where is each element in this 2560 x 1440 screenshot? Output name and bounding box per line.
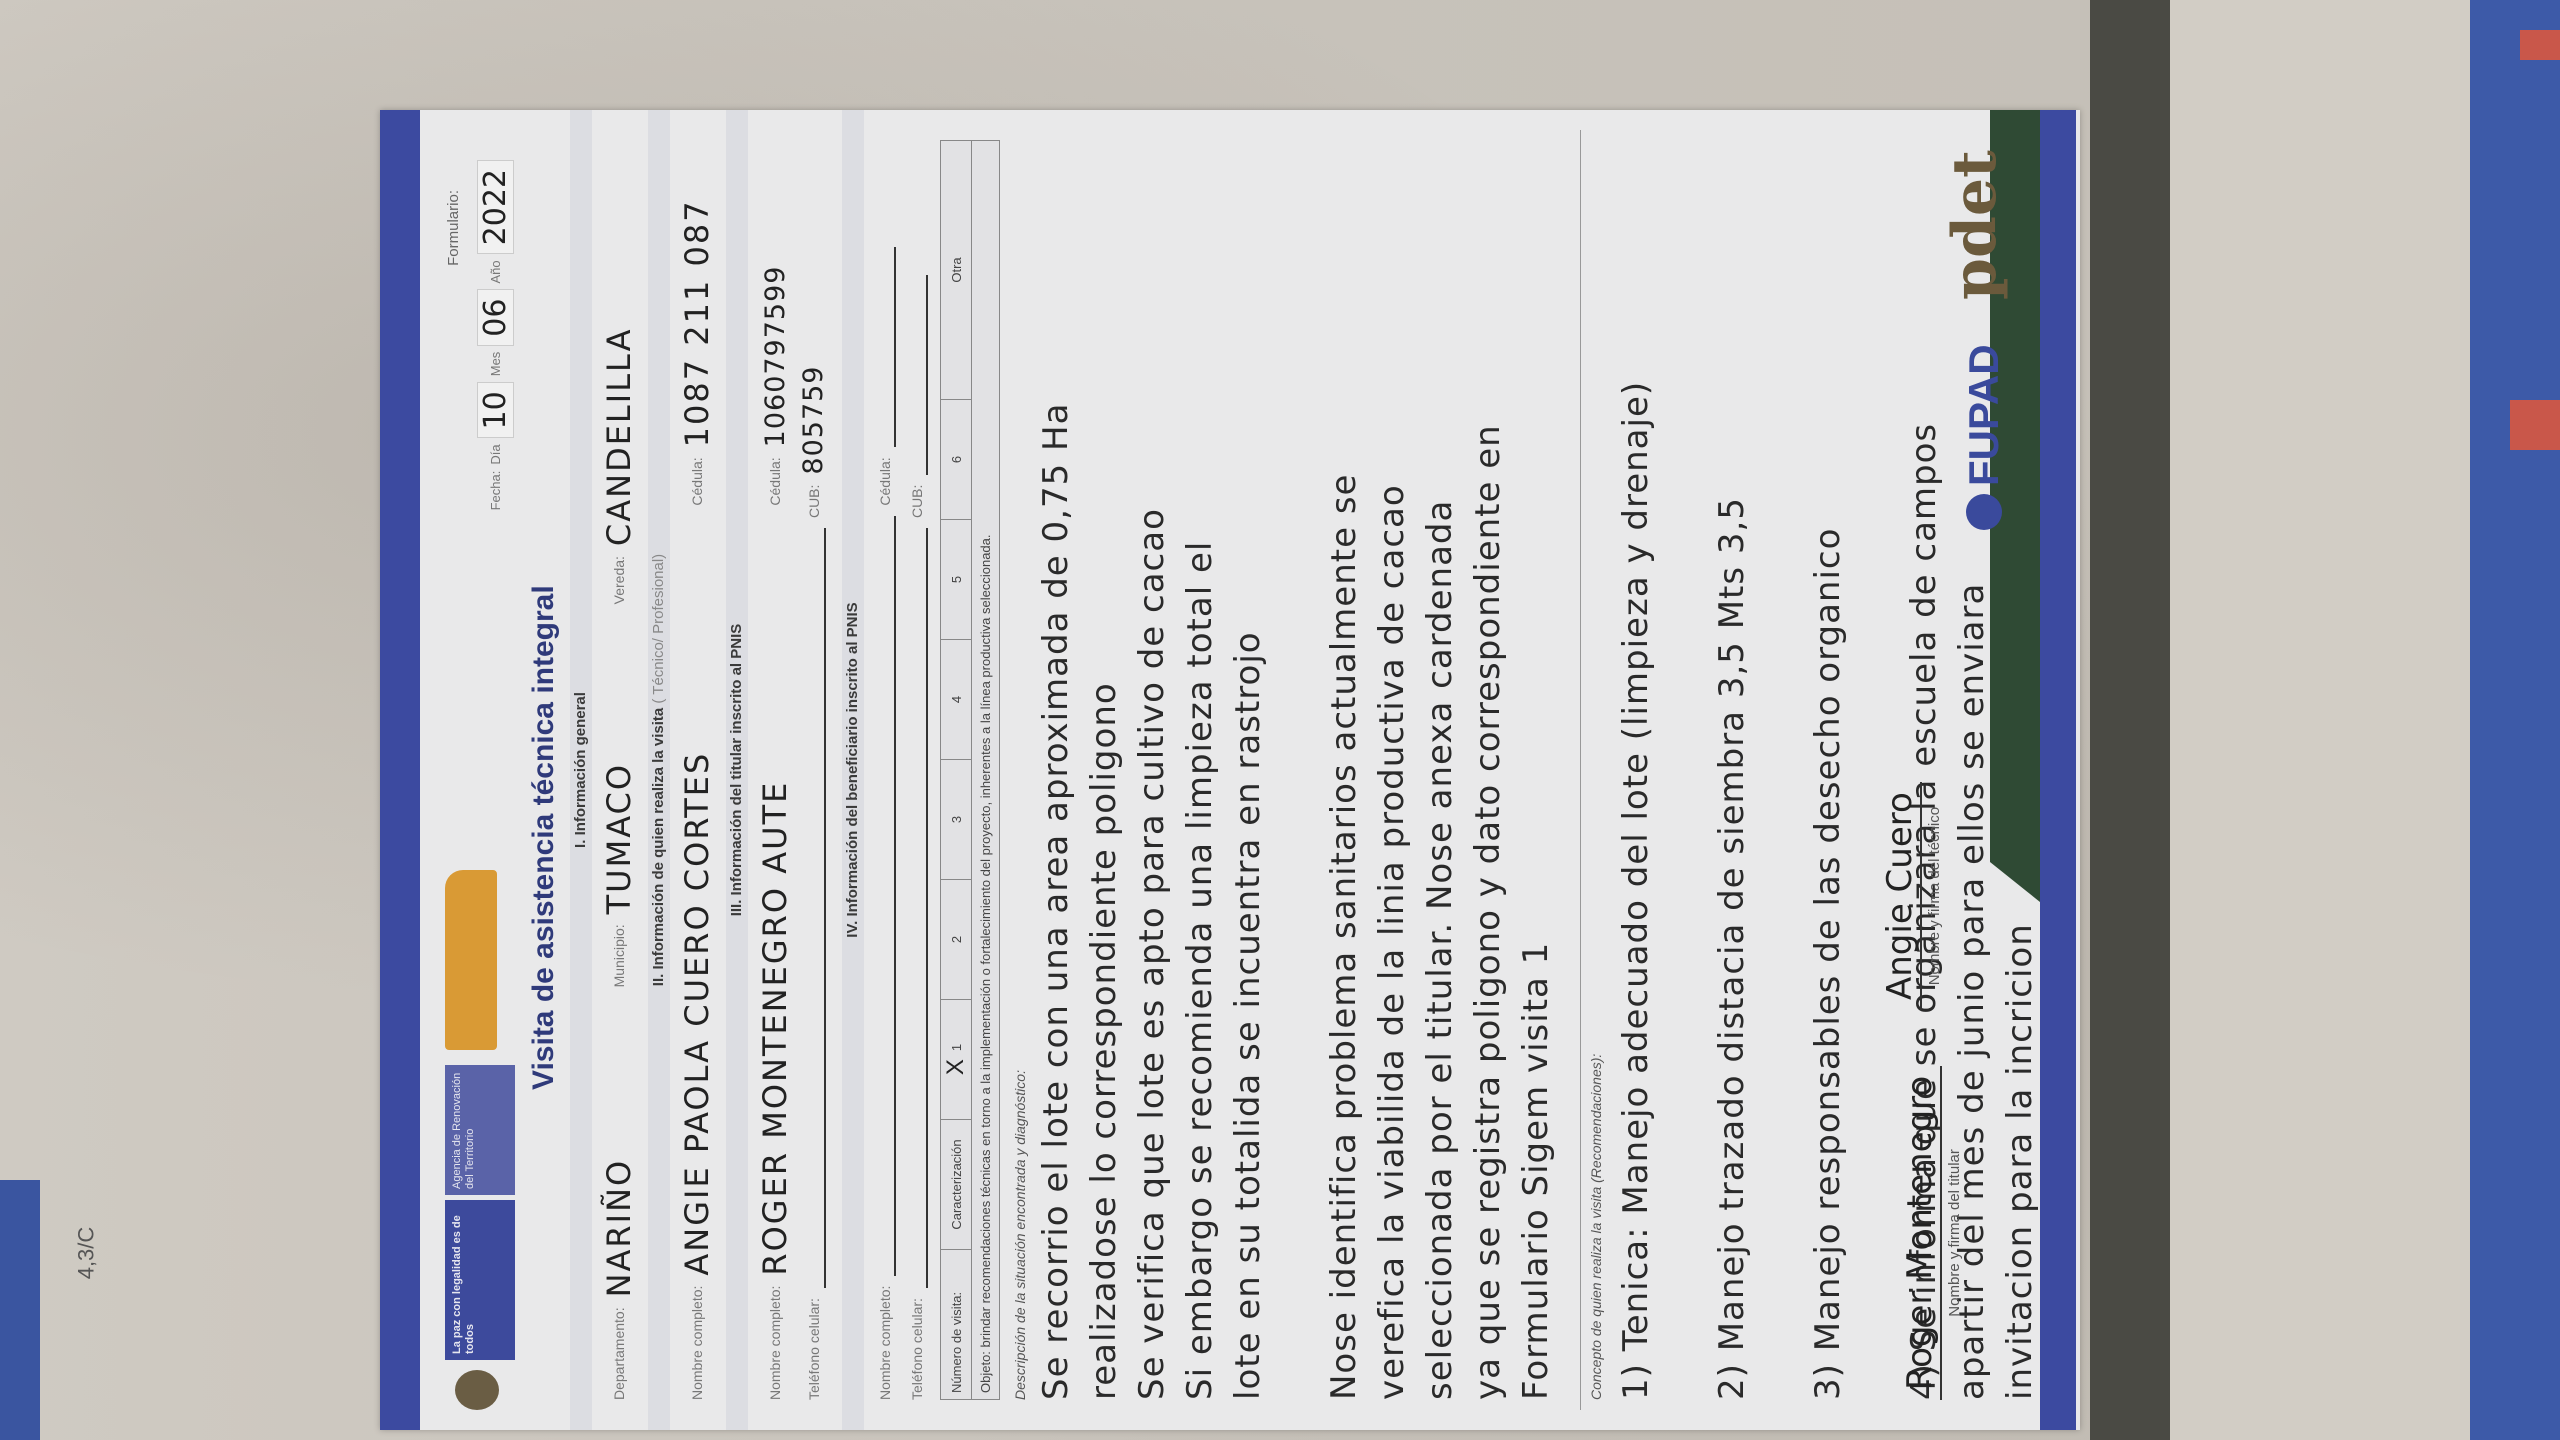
visit-option-3[interactable]: 3 (941, 759, 971, 879)
municipio-label: Municipio: (611, 924, 627, 987)
mes-value[interactable]: 06 (477, 290, 514, 346)
beneficiario-telefono-value[interactable] (906, 528, 928, 1288)
beneficiario-cub-label: CUB: (909, 485, 925, 518)
municipio-value[interactable]: TUMACO (600, 614, 638, 914)
mes-label: Mes (488, 352, 503, 377)
visit-option-6[interactable]: 6 (941, 399, 971, 519)
description-line: Nose identifica problema sanitarios actu… (1320, 140, 1368, 1400)
visit-option-otra[interactable]: Otra (941, 141, 971, 399)
tecnico-cedula-label: Cédula: (689, 457, 705, 505)
description-line: ya que se registra poligono y dato corre… (1464, 140, 1512, 1400)
titular-nombre-label: Nombre completo: (767, 1286, 783, 1400)
description-line: lote en su totalida se incuentra en rast… (1224, 140, 1272, 1400)
globe-icon (1966, 494, 2002, 530)
government-logo: La paz con legalidad es de todos (445, 1200, 515, 1360)
cloth-fold (2120, 0, 2500, 1440)
tecnico-row: Nombre completo: ANGIE PAOLA CUERO CORTE… (678, 140, 716, 1400)
description-line: Se recorrio el lote con una area aproxim… (1032, 140, 1080, 1400)
general-row: Departamento: NARIÑO Municipio: TUMACO V… (600, 140, 638, 1400)
recommendation-line (1756, 140, 1804, 1400)
tecnico-title-suffix: ( Técnico/ Profesional) (650, 554, 667, 704)
visit-option-label: 1 (949, 1044, 964, 1051)
form-header: La paz con legalidad es de todos Agencia… (435, 130, 565, 1410)
visit-objective: Objeto: brindar recomendaciones técnicas… (972, 141, 999, 1399)
footer-area: Roger Montenegro Nombre y firma del titu… (1840, 110, 2080, 1430)
tecnico-title-text: II. Información de quien realiza la visi… (650, 708, 667, 986)
orange-brand-tab (445, 870, 497, 1050)
description-line: seleccionada por el titular. Nose anexa … (1416, 140, 1464, 1400)
fecha-label: Fecha: (488, 471, 503, 511)
titular-signature-block: Roger Montenegro Nombre y firma del titu… (1900, 1066, 1963, 1400)
divider (1580, 130, 1581, 1410)
tecnico-cedula-value[interactable]: 1087 211 087 (678, 199, 716, 447)
tecnico-signature-caption: Nombre y firma del técnico (1926, 782, 1943, 1010)
visit-option-5[interactable]: 5 (941, 519, 971, 639)
anio-label: Año (488, 260, 503, 283)
titular-cedula-label: Cédula: (767, 457, 783, 505)
beneficiario-row: Nombre completo: Cédula: (874, 140, 896, 1400)
form-sheet: La paz con legalidad es de todos Agencia… (380, 110, 2080, 1430)
visit-option-mark: X (942, 1059, 970, 1075)
pdet-logo: pdet (1940, 150, 2010, 300)
margin-note: 4,3/C (73, 1227, 99, 1280)
tecnico-signature[interactable]: Angie Cuero (1880, 782, 1922, 1010)
beneficiario-row-2: Teléfono celular: CUB: (906, 140, 928, 1400)
description-line: realizadose lo correspondiente poligono (1080, 140, 1128, 1400)
agency-logo: Agencia de Renovación del Territorio (445, 1065, 515, 1195)
blue-fabric-right (2470, 0, 2560, 1440)
formulario-label: Formulario: (445, 190, 462, 266)
recommendation-line (1660, 140, 1708, 1400)
visit-table: Número de visita: Caracterización X1 2 3… (940, 140, 1000, 1400)
red-fabric-accent (2520, 30, 2560, 60)
anio-value[interactable]: 2022 (477, 160, 514, 254)
titular-row: Nombre completo: ROGER MONTENEGRO AUTE C… (756, 140, 794, 1400)
red-fabric-accent (2510, 400, 2560, 450)
description-line: Formulario Sigem visita 1 (1512, 140, 1560, 1400)
beneficiario-telefono-label: Teléfono celular: (909, 1298, 925, 1400)
beneficiario-cedula-label: Cédula: (877, 457, 893, 505)
titular-telefono-value[interactable] (802, 528, 826, 1288)
recommendation-line: 2) Manejo trazado distacia de siembra 3,… (1708, 140, 1756, 1400)
section-tecnico-title: II. Información de quien realiza la visi… (650, 110, 667, 1430)
coat-of-arms-icon (455, 1370, 499, 1410)
top-blue-bar (380, 110, 420, 1430)
dia-label: Día (488, 444, 503, 464)
caracterizacion-label: Caracterización (941, 1119, 971, 1249)
titular-row-2: Teléfono celular: CUB: 805759 (798, 140, 829, 1400)
titular-signature-caption: Nombre y firma del titular (1946, 1066, 1963, 1400)
beneficiario-nombre-value[interactable] (874, 516, 896, 1276)
titular-nombre-value[interactable]: ROGER MONTENEGRO AUTE (756, 516, 794, 1276)
beneficiario-cedula-value[interactable] (874, 247, 896, 447)
recommendation-line: 1) Tenica: Manejo adecuado del lote (lim… (1612, 140, 1660, 1400)
description-line (1272, 140, 1320, 1400)
titular-cub-value[interactable]: 805759 (798, 366, 829, 475)
bottom-blue-bar (2040, 110, 2076, 1430)
departamento-label: Departamento: (611, 1307, 627, 1400)
vereda-label: Vereda: (611, 556, 627, 604)
date-field: Fecha: Día 10 Mes 06 Año 2022 (477, 160, 514, 510)
departamento-value[interactable]: NARIÑO (600, 997, 638, 1297)
section-beneficiario-title: IV. Información del beneficiario inscrit… (844, 110, 861, 1430)
tecnico-nombre-value[interactable]: ANGIE PAOLA CUERO CORTES (678, 516, 716, 1276)
visit-option-1[interactable]: X1 (941, 999, 971, 1119)
visit-option-4[interactable]: 4 (941, 639, 971, 759)
fupad-logo-text: FUPAD (1960, 344, 2008, 486)
description-line: Si embargo se recomienda una limpieza to… (1176, 140, 1224, 1400)
section-titular-title: III. Información del titular inscrito al… (728, 110, 745, 1430)
blue-fabric-edge (0, 1180, 40, 1440)
page-title: Visita de asistencia técnica integral (527, 585, 561, 1090)
visit-number-row: Número de visita: Caracterización X1 2 3… (941, 141, 972, 1399)
titular-telefono-label: Teléfono celular: (806, 1298, 822, 1400)
titular-cedula-value[interactable]: 1060797599 (760, 266, 791, 448)
description-line: verefica la viabilida de la linia produc… (1368, 140, 1416, 1400)
numero-visita-label: Número de visita: (941, 1249, 971, 1399)
section-general-title: I. Información general (572, 110, 589, 1430)
description-line: Se verifica que lote es apto para cultiv… (1128, 140, 1176, 1400)
description-label: Descripción de la situación encontrada y… (1012, 1070, 1028, 1400)
shadow-edge (2090, 0, 2170, 1440)
titular-signature[interactable]: Roger Montenegro (1900, 1066, 1942, 1400)
fupad-logo: FUPAD (1960, 344, 2008, 530)
vereda-value[interactable]: CANDELILLA (600, 328, 638, 547)
description-text[interactable]: Se recorrio el lote con una area aproxim… (1032, 140, 1560, 1400)
tecnico-nombre-label: Nombre completo: (689, 1286, 705, 1400)
document-photo: La paz con legalidad es de todos Agencia… (380, 110, 2080, 1430)
beneficiario-cub-value[interactable] (906, 275, 928, 475)
titular-cub-label: CUB: (806, 485, 822, 518)
tecnico-signature-block: Angie Cuero Nombre y firma del técnico (1880, 782, 1943, 1010)
beneficiario-nombre-label: Nombre completo: (877, 1286, 893, 1400)
recommendations-label: Concepto de quien realiza la visita (Rec… (1588, 1054, 1604, 1400)
visit-option-2[interactable]: 2 (941, 879, 971, 999)
dia-value[interactable]: 10 (477, 382, 514, 438)
